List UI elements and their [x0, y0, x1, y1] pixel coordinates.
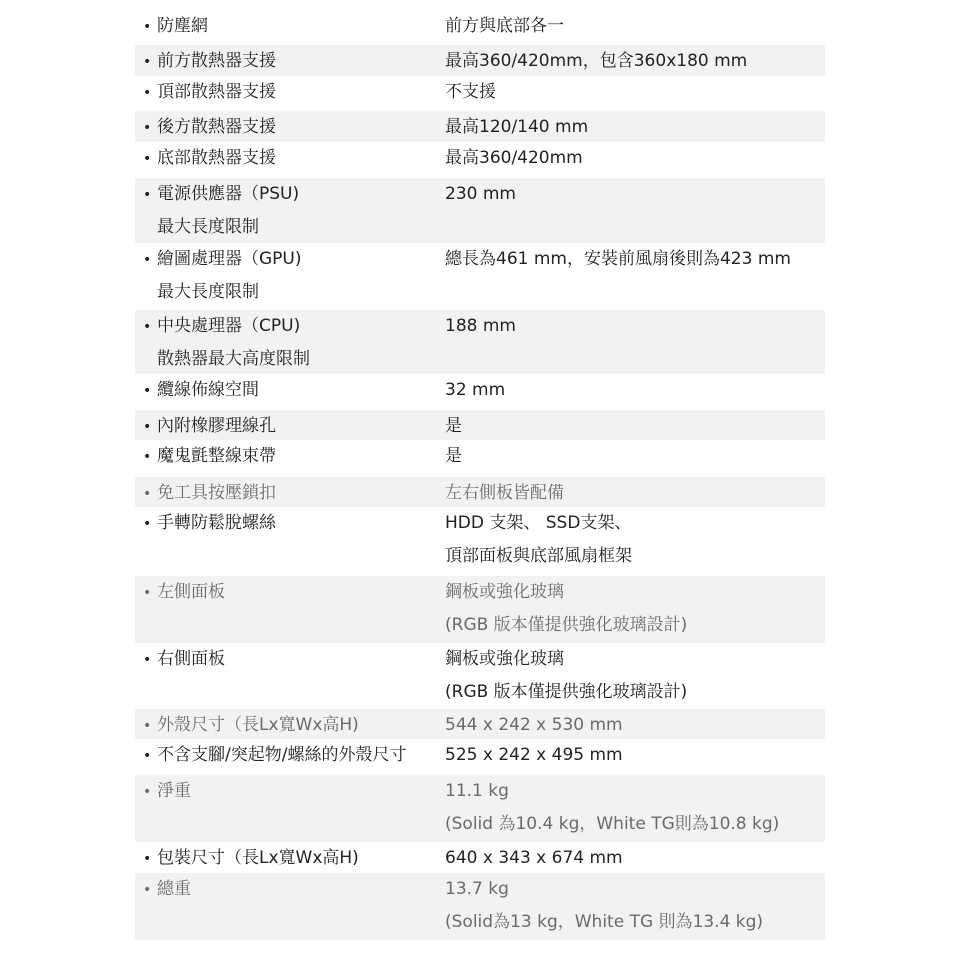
spec-label-line: •內附橡膠理線孔: [143, 410, 445, 443]
spec-value-line: (RGB 版本僅提供強化玻璃設計): [445, 609, 825, 642]
bullet-icon: •: [143, 112, 157, 145]
spec-value: 鋼板或強化玻璃(RGB 版本僅提供強化玻璃設計): [445, 643, 825, 709]
spec-value: 左右側板皆配備: [445, 477, 825, 507]
bullet-icon: •: [143, 776, 157, 809]
spec-value: 最高360/420mm: [445, 142, 825, 178]
spec-value: 640 x 343 x 674 mm: [445, 842, 825, 873]
spec-label: •右側面板: [135, 643, 445, 709]
spec-value-line: (RGB 版本僅提供強化玻璃設計): [445, 676, 825, 709]
spec-label-line: 散熱器最大高度限制: [143, 343, 445, 376]
spec-row: •防塵網前方與底部各一: [135, 10, 825, 45]
spec-label-line: •手轉防鬆脫螺絲: [143, 507, 445, 540]
spec-label-line: •包裝尺寸（長Lx寬Wx高H): [143, 842, 445, 875]
spec-label-text: 魔鬼氈整線束帶: [157, 446, 276, 466]
spec-label-text: 底部散熱器支援: [157, 148, 276, 168]
spec-table: •防塵網前方與底部各一•前方散熱器支援最高360/420mm，包含360x180…: [135, 10, 825, 940]
bullet-icon: •: [143, 740, 157, 773]
bullet-icon: •: [143, 179, 157, 212]
spec-label-line: •纜線佈線空間: [143, 374, 445, 407]
spec-value: 13.7 kg(Solid為13 kg，White TG 則為13.4 kg): [445, 873, 825, 940]
spec-value-line: 鋼板或強化玻璃: [445, 576, 825, 609]
spec-value: 188 mm: [445, 310, 825, 374]
spec-row: •包裝尺寸（長Lx寬Wx高H)640 x 343 x 674 mm: [135, 842, 825, 873]
spec-label-text: 內附橡膠理線孔: [157, 416, 276, 436]
spec-value: 230 mm: [445, 178, 825, 243]
spec-value-line: 640 x 343 x 674 mm: [445, 842, 825, 875]
bullet-icon: •: [143, 77, 157, 110]
spec-row: •淨重11.1 kg(Solid 為10.4 kg，White TG則為10.8…: [135, 775, 825, 842]
spec-label-line: •淨重: [143, 775, 445, 808]
spec-label-line: •繪圖處理器（GPU): [143, 243, 445, 276]
spec-label-text: 手轉防鬆脫螺絲: [157, 513, 276, 533]
spec-value: 525 x 242 x 495 mm: [445, 739, 825, 775]
spec-label: •後方散熱器支援: [135, 111, 445, 142]
spec-label-text: 外殼尺寸（長Lx寬Wx高H): [157, 715, 359, 735]
spec-label-line: •前方散熱器支援: [143, 45, 445, 78]
spec-label: •頂部散熱器支援: [135, 76, 445, 111]
spec-value-line: 前方與底部各一: [445, 10, 825, 43]
spec-row: •繪圖處理器（GPU)最大長度限制總長為461 mm，安裝前風扇後則為423 m…: [135, 243, 825, 310]
spec-label: •手轉防鬆脫螺絲: [135, 507, 445, 576]
spec-label-text: 電源供應器（PSU): [157, 184, 299, 204]
spec-label-text: 不含支腳/突起物/螺絲的外殼尺寸: [157, 745, 406, 765]
spec-value: HDD 支架、 SSD支架、頂部面板與底部風扇框架: [445, 507, 825, 576]
spec-label: •淨重: [135, 775, 445, 842]
spec-value: 544 x 242 x 530 mm: [445, 709, 825, 739]
spec-label: •前方散熱器支援: [135, 45, 445, 76]
spec-value-line: 32 mm: [445, 374, 825, 407]
spec-label-text: 淨重: [157, 781, 191, 801]
spec-value-line: 是: [445, 410, 825, 443]
spec-value-line: 最高360/420mm，包含360x180 mm: [445, 45, 825, 78]
spec-row: •外殼尺寸（長Lx寬Wx高H)544 x 242 x 530 mm: [135, 709, 825, 739]
spec-value: 前方與底部各一: [445, 10, 825, 45]
spec-value-line: 525 x 242 x 495 mm: [445, 739, 825, 772]
spec-value: 最高120/140 mm: [445, 111, 825, 142]
spec-value-line: 544 x 242 x 530 mm: [445, 709, 825, 742]
spec-value: 最高360/420mm，包含360x180 mm: [445, 45, 825, 76]
spec-value-line: 不支援: [445, 76, 825, 109]
spec-value-line: 最高360/420mm: [445, 142, 825, 175]
bullet-icon: •: [143, 46, 157, 79]
spec-value-line: 188 mm: [445, 310, 825, 343]
spec-label: •外殼尺寸（長Lx寬Wx高H): [135, 709, 445, 739]
bullet-icon: •: [143, 244, 157, 277]
spec-label-text: 免工具按壓鎖扣: [157, 483, 276, 503]
bullet-icon: •: [143, 843, 157, 876]
spec-row: •前方散熱器支援最高360/420mm，包含360x180 mm: [135, 45, 825, 76]
spec-label-text: 防塵網: [157, 16, 208, 36]
spec-row: •左側面板鋼板或強化玻璃(RGB 版本僅提供強化玻璃設計): [135, 576, 825, 643]
spec-row: •內附橡膠理線孔是: [135, 410, 825, 440]
spec-label-text: 頂部散熱器支援: [157, 82, 276, 102]
spec-value-line: 230 mm: [445, 178, 825, 211]
bullet-icon: •: [143, 143, 157, 176]
spec-value-line: (Solid為13 kg，White TG 則為13.4 kg): [445, 906, 825, 939]
spec-label: •免工具按壓鎖扣: [135, 477, 445, 507]
spec-label-line: •魔鬼氈整線束帶: [143, 440, 445, 473]
spec-label-line: •電源供應器（PSU): [143, 178, 445, 211]
spec-label-line: •底部散熱器支援: [143, 142, 445, 175]
spec-label-line: •外殼尺寸（長Lx寬Wx高H): [143, 709, 445, 742]
spec-label-text: 後方散熱器支援: [157, 117, 276, 137]
spec-label-line: •左側面板: [143, 576, 445, 609]
spec-label-line: •右側面板: [143, 643, 445, 676]
spec-row: •總重13.7 kg(Solid為13 kg，White TG 則為13.4 k…: [135, 873, 825, 940]
spec-label-line: 最大長度限制: [143, 211, 445, 244]
spec-value: 11.1 kg(Solid 為10.4 kg，White TG則為10.8 kg…: [445, 775, 825, 842]
spec-label-text: 包裝尺寸（長Lx寬Wx高H): [157, 848, 359, 868]
spec-value-line: 總長為461 mm，安裝前風扇後則為423 mm: [445, 243, 825, 276]
spec-row: •頂部散熱器支援不支援: [135, 76, 825, 111]
spec-row: •中央處理器（CPU)散熱器最大高度限制188 mm: [135, 310, 825, 374]
spec-label-text: 最大長度限制: [157, 282, 259, 302]
spec-value: 是: [445, 440, 825, 477]
spec-label: •內附橡膠理線孔: [135, 410, 445, 440]
spec-label: •總重: [135, 873, 445, 940]
spec-label: •不含支腳/突起物/螺絲的外殼尺寸: [135, 739, 445, 775]
spec-label: •左側面板: [135, 576, 445, 643]
spec-label: •繪圖處理器（GPU)最大長度限制: [135, 243, 445, 310]
spec-label: •電源供應器（PSU)最大長度限制: [135, 178, 445, 243]
spec-label-text: 散熱器最大高度限制: [157, 349, 310, 369]
spec-value: 鋼板或強化玻璃(RGB 版本僅提供強化玻璃設計): [445, 576, 825, 643]
spec-label-text: 右側面板: [157, 649, 225, 669]
spec-value-line: 左右側板皆配備: [445, 477, 825, 510]
spec-label-text: 中央處理器（CPU): [157, 316, 300, 336]
spec-label-line: •頂部散熱器支援: [143, 76, 445, 109]
spec-value-line: 13.7 kg: [445, 873, 825, 906]
spec-row: •不含支腳/突起物/螺絲的外殼尺寸525 x 242 x 495 mm: [135, 739, 825, 775]
spec-value-line: 是: [445, 440, 825, 473]
bullet-icon: •: [143, 375, 157, 408]
spec-value: 不支援: [445, 76, 825, 111]
spec-value-line: (Solid 為10.4 kg，White TG則為10.8 kg): [445, 808, 825, 841]
spec-row: •手轉防鬆脫螺絲HDD 支架、 SSD支架、頂部面板與底部風扇框架: [135, 507, 825, 576]
spec-label: •纜線佈線空間: [135, 374, 445, 410]
spec-label: •魔鬼氈整線束帶: [135, 440, 445, 477]
spec-value-line: 最高120/140 mm: [445, 111, 825, 144]
spec-label: •中央處理器（CPU)散熱器最大高度限制: [135, 310, 445, 374]
spec-label-text: 前方散熱器支援: [157, 51, 276, 71]
spec-label: •底部散熱器支援: [135, 142, 445, 178]
spec-row: •魔鬼氈整線束帶是: [135, 440, 825, 477]
spec-label-line: •防塵網: [143, 10, 445, 43]
spec-label-line: 最大長度限制: [143, 276, 445, 309]
spec-row: •底部散熱器支援最高360/420mm: [135, 142, 825, 178]
spec-value-line: 鋼板或強化玻璃: [445, 643, 825, 676]
spec-row: •右側面板鋼板或強化玻璃(RGB 版本僅提供強化玻璃設計): [135, 643, 825, 709]
spec-label-text: 纜線佈線空間: [157, 380, 259, 400]
spec-value: 總長為461 mm，安裝前風扇後則為423 mm: [445, 243, 825, 310]
spec-label-text: 總重: [157, 879, 191, 899]
spec-row: •電源供應器（PSU)最大長度限制230 mm: [135, 178, 825, 243]
spec-value-line: 頂部面板與底部風扇框架: [445, 540, 825, 573]
bullet-icon: •: [143, 874, 157, 907]
bullet-icon: •: [143, 11, 157, 44]
spec-label-text: 最大長度限制: [157, 217, 259, 237]
bullet-icon: •: [143, 441, 157, 474]
bullet-icon: •: [143, 644, 157, 677]
spec-row: •免工具按壓鎖扣左右側板皆配備: [135, 477, 825, 507]
bullet-icon: •: [143, 577, 157, 610]
spec-label-line: •中央處理器（CPU): [143, 310, 445, 343]
spec-row: •後方散熱器支援最高120/140 mm: [135, 111, 825, 142]
spec-value: 32 mm: [445, 374, 825, 410]
spec-label-line: •後方散熱器支援: [143, 111, 445, 144]
spec-label-line: •不含支腳/突起物/螺絲的外殼尺寸: [143, 739, 445, 772]
spec-label: •防塵網: [135, 10, 445, 45]
spec-label-text: 左側面板: [157, 582, 225, 602]
bullet-icon: •: [143, 508, 157, 541]
spec-label-line: •免工具按壓鎖扣: [143, 477, 445, 510]
spec-label-text: 繪圖處理器（GPU): [157, 249, 302, 269]
spec-label-line: •總重: [143, 873, 445, 906]
spec-row: •纜線佈線空間32 mm: [135, 374, 825, 410]
spec-value-line: 11.1 kg: [445, 775, 825, 808]
spec-label: •包裝尺寸（長Lx寬Wx高H): [135, 842, 445, 873]
spec-value: 是: [445, 410, 825, 440]
bullet-icon: •: [143, 311, 157, 344]
spec-value-line: HDD 支架、 SSD支架、: [445, 507, 825, 540]
